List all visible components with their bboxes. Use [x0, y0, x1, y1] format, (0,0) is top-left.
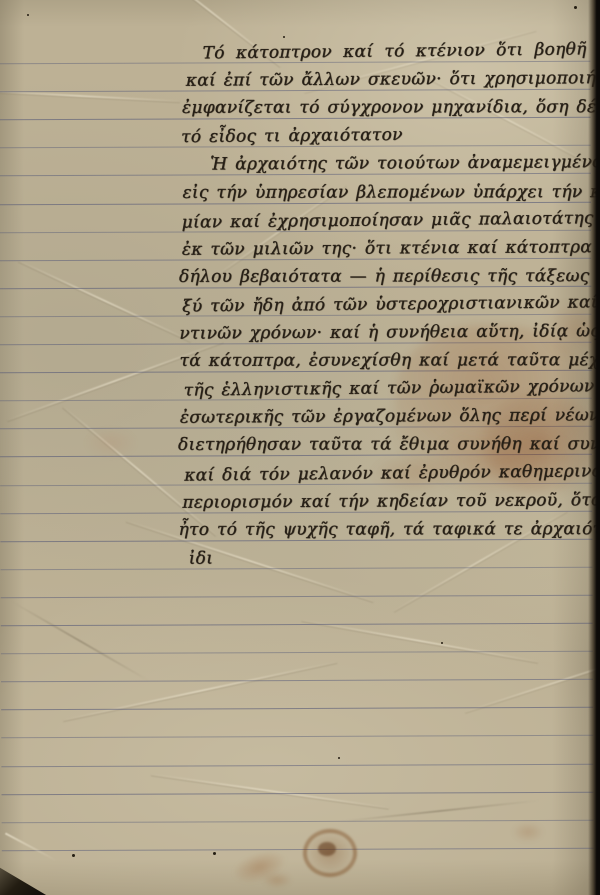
- handwriting-line: περιορισμόν καί τήν κηδείαν τοῦ νεκροῦ, …: [182, 488, 589, 516]
- handwriting-line: ἦτο τό τῆς ψυχῆς ταφῆ, τά ταφικά τε ἀρχα…: [178, 517, 589, 544]
- handwriting-line: τῆς ἑλληνιστικῆς καί τῶν ῥωμαϊκῶν χρόνων: [184, 375, 589, 405]
- handwriting-line: μίαν καί ἐχρησιμοποίησαν μιᾶς παλαιοτάτη…: [181, 206, 587, 236]
- handwriting-line: τά κάτοπτρα, ἐσυνεχίσθη καί μετά ταῦτα μ…: [179, 348, 588, 375]
- handwriting-line: ἐσωτερικῆς τῶν ἐργαζομένων ὅλης περί νέω…: [180, 404, 589, 432]
- handwriting-line: καί διά τόν μελανόν καί ἐρυθρόν καθημερι…: [184, 459, 589, 489]
- handwriting: Τό κάτοπτρον καί τό κτένιον ὅτι βοηθῆκαί…: [0, 0, 600, 895]
- handwriting-line: Τό κάτοπτρον καί τό κτένιον ὅτι βοηθῆ: [202, 37, 586, 67]
- scan-edge-right: [588, 0, 600, 895]
- handwriting-line: διετηρήθησαν ταῦτα τά ἔθιμα συνήθη καί σ…: [178, 433, 589, 460]
- handwriting-line: εἰς τήν ὑπηρεσίαν βλεπομένων ὑπάρχει τήν…: [182, 180, 587, 207]
- handwriting-line: Ἡ ἀρχαιότης τῶν τοιούτων ἀναμεμειγμένων: [210, 151, 587, 179]
- manuscript-page: Τό κάτοπτρον καί τό κτένιον ὅτι βοηθῆκαί…: [0, 0, 600, 895]
- handwriting-line: τό εἶδος τι ἀρχαιότατον: [181, 123, 403, 151]
- handwriting-line: ἰδι: [189, 546, 214, 572]
- handwriting-line: ντινῶν χρόνων· καί ἡ συνήθεια αὕτη, ἰδίᾳ…: [179, 319, 588, 347]
- handwriting-line: ἐμφανίζεται τό σύγχρονον μηχανίδια, ὅση …: [182, 95, 587, 122]
- handwriting-line: ἐκ τῶν μιλιῶν της· ὅτι κτένια καί κάτοπτ…: [182, 235, 588, 263]
- handwriting-line: δήλου βεβαιότατα — ἡ περίθεσις τῆς τάξεω…: [179, 264, 588, 291]
- handwriting-line: ξύ τῶν ἤδη ἀπό τῶν ὑστεροχριστιανικῶν κα…: [182, 290, 588, 320]
- handwriting-line: καί ἐπί τῶν ἄλλων σκευῶν· ὅτι χρησιμοποι…: [186, 66, 587, 94]
